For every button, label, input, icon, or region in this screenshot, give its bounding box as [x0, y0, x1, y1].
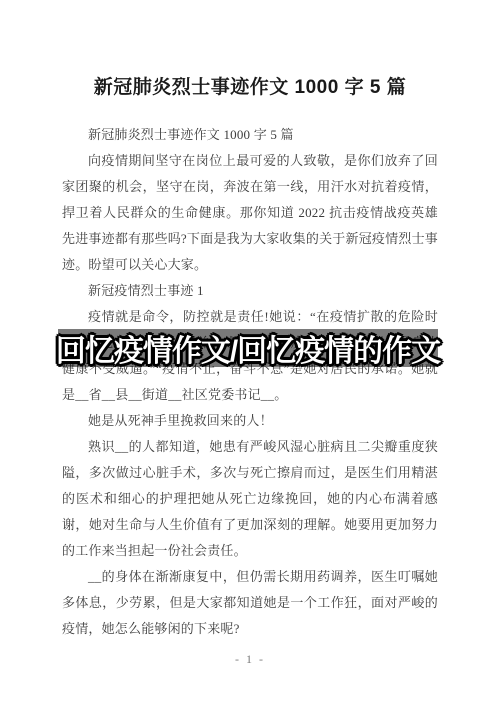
document-body: 新冠肺炎烈士事迹作文 1000 字 5 篇 向疫情期间坚守在岗位上最可爱的人致敬… — [62, 122, 438, 642]
document-paragraph: __的身体在渐渐康复中，但仍需长期用药调养，医生叮嘱她多体息，少劳累，但是大家都… — [62, 564, 438, 642]
document-paragraph-intro: 向疫情期间坚守在岗位上最可爱的人致敬，是你们放弃了回家团聚的机会，坚守在岗，奔波… — [62, 148, 438, 278]
document-paragraph-repeat-title: 新冠肺炎烈士事迹作文 1000 字 5 篇 — [62, 122, 438, 148]
page-number: - 1 - — [0, 652, 500, 667]
document-paragraph: 熟识__的人都知道，她患有严峻风湿心脏病且二尖瓣重度狭隘，多次做过心脏手术，多次… — [62, 434, 438, 564]
document-section-heading: 新冠疫情烈士事迹 1 — [62, 278, 438, 304]
document-paragraph: 她是从死神手里挽救回来的人！ — [62, 408, 438, 434]
document-page: 新冠肺炎烈士事迹作文 1000 字 5 篇 新冠肺炎烈士事迹作文 1000 字 … — [0, 0, 500, 706]
document-title: 新冠肺炎烈士事迹作文 1000 字 5 篇 — [0, 0, 500, 99]
watermark-overlay: 回忆疫情作文/回忆疫情的作文 — [58, 329, 438, 367]
watermark-text: 回忆疫情作文/回忆疫情的作文 — [56, 326, 440, 370]
